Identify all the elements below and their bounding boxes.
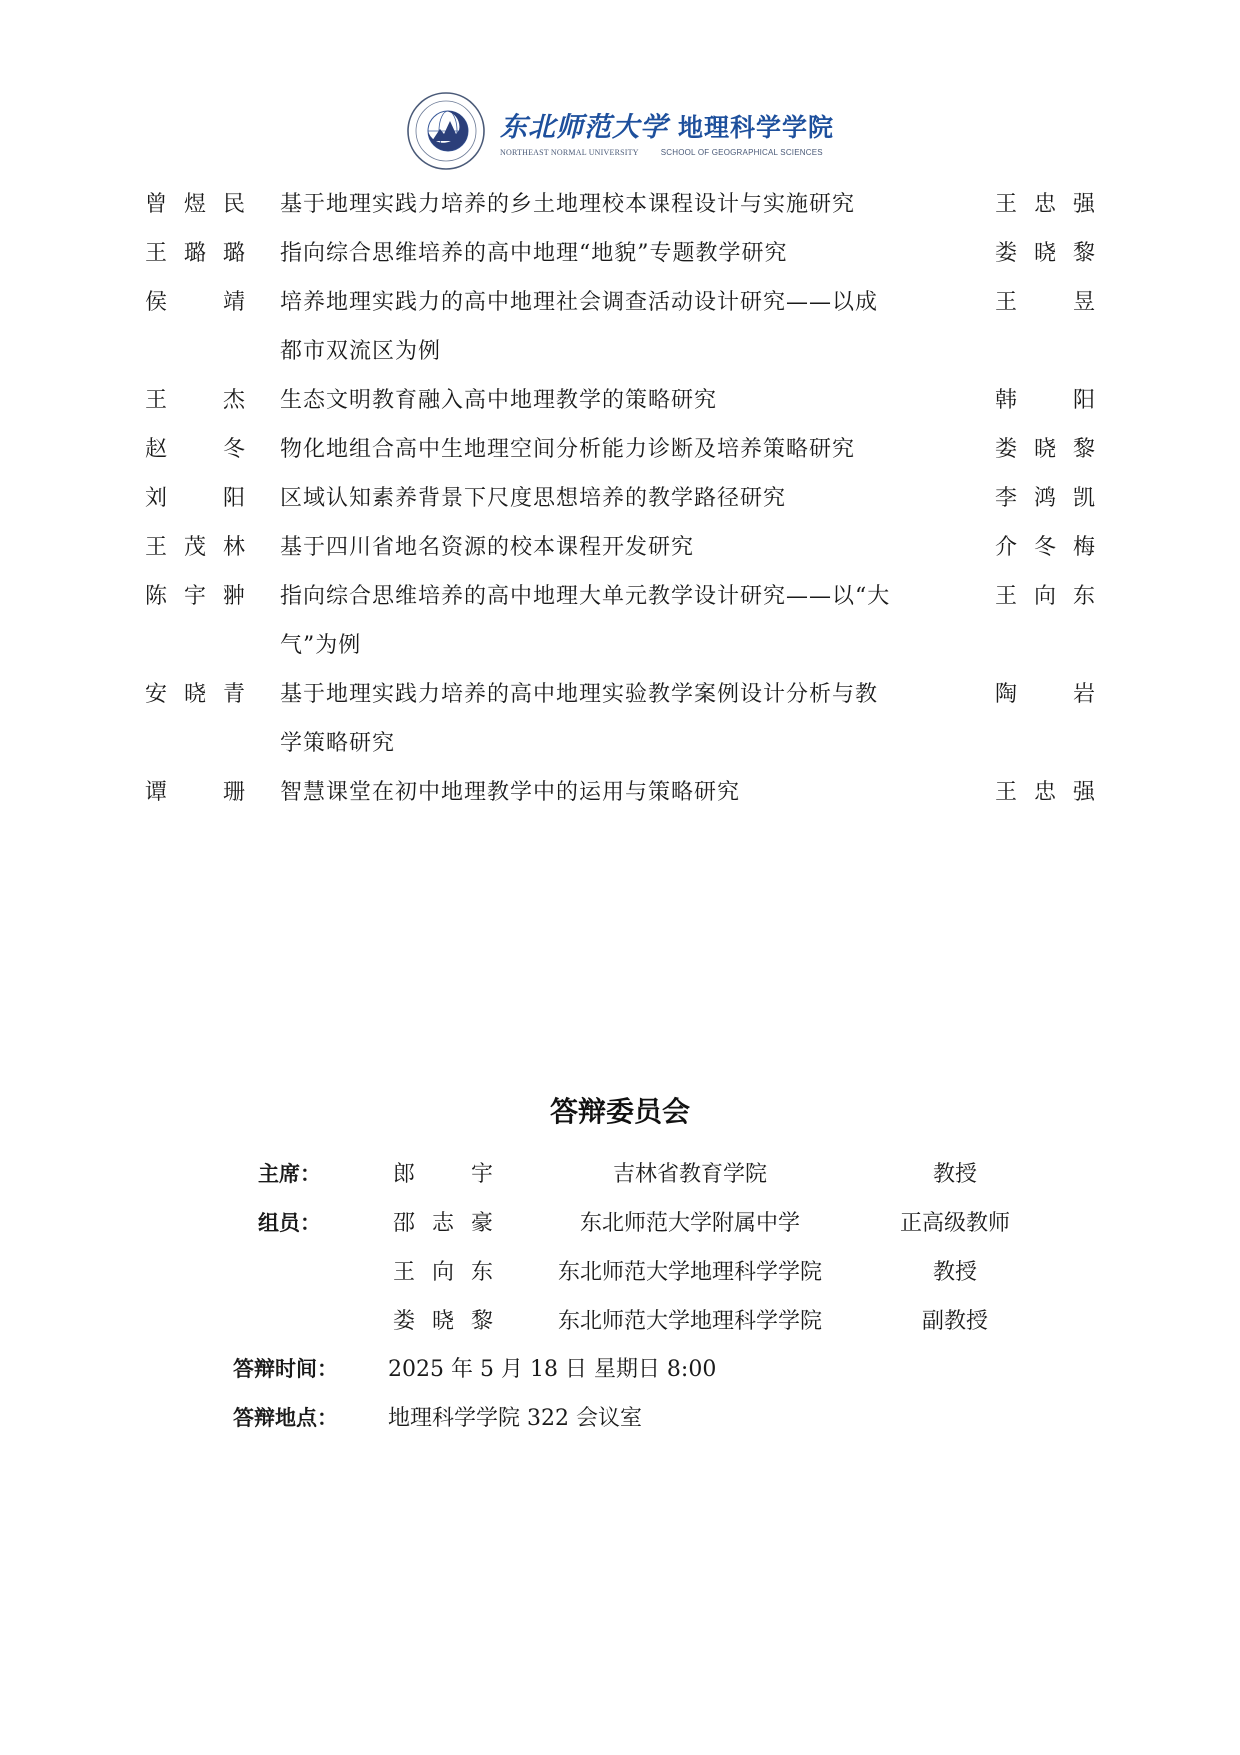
thesis-title: 物化地组合高中生地理空间分析能力诊断及培养策略研究: [280, 425, 960, 474]
student-name: 赵冬: [145, 425, 245, 474]
thesis-row: 刘阳区域认知素养背景下尺度思想培养的教学路径研究李鸿凯: [0, 474, 1240, 523]
thesis-title: 基于地理实践力培养的高中地理实验教学案例设计分析与教学策略研究: [280, 670, 960, 768]
defense-time-value: 2025 年 5 月 18 日 星期日 8:00: [388, 1345, 716, 1394]
thesis-row: 安晓青基于地理实践力培养的高中地理实验教学案例设计分析与教学策略研究陶岩: [0, 670, 1240, 768]
defense-time-row: 答辩时间： 2025 年 5 月 18 日 星期日 8:00: [0, 1345, 1240, 1394]
student-name: 王茂林: [145, 523, 245, 572]
student-name: 安晓青: [145, 670, 245, 719]
defense-place-row: 答辩地点： 地理科学学院 322 会议室: [0, 1394, 1240, 1443]
thesis-title: 基于地理实践力培养的乡土地理校本课程设计与实施研究: [280, 180, 960, 229]
student-name: 陈宇翀: [145, 572, 245, 621]
thesis-title: 生态文明教育融入高中地理教学的策略研究: [280, 376, 960, 425]
advisor-name: 王向东: [995, 572, 1095, 621]
committee-member-row: 娄晓黎东北师范大学地理科学学院副教授: [0, 1297, 1240, 1346]
university-seal-icon: [406, 91, 486, 171]
thesis-title: 基于四川省地名资源的校本课程开发研究: [280, 523, 960, 572]
committee-rank: 教授: [880, 1150, 1030, 1199]
committee-rank: 教授: [880, 1248, 1030, 1297]
thesis-title: 智慧课堂在初中地理教学中的运用与策略研究: [280, 768, 960, 817]
student-name: 王杰: [145, 376, 245, 425]
school-logo: 东北师范大学 地理科学学院 NORTHEAST NORMAL UNIVERSIT…: [406, 90, 836, 172]
thesis-row: 谭珊智慧课堂在初中地理教学中的运用与策略研究王忠强: [0, 768, 1240, 817]
committee-member-name: 郎宇: [393, 1150, 493, 1199]
committee-rank: 正高级教师: [880, 1199, 1030, 1248]
defense-place-label: 答辩地点：: [233, 1394, 338, 1443]
committee-member-row: 王向东东北师范大学地理科学学院教授: [0, 1248, 1240, 1297]
school-name-cn: 地理科学学院: [678, 108, 834, 144]
university-name-en: NORTHEAST NORMAL UNIVERSITY: [500, 148, 639, 157]
committee-role: 主席：: [258, 1150, 321, 1199]
committee-institution: 东北师范大学地理科学学院: [520, 1248, 860, 1297]
thesis-list: 曾煜民基于地理实践力培养的乡土地理校本课程设计与实施研究王忠强王璐璐指向综合思维…: [0, 180, 1240, 817]
committee-rank: 副教授: [880, 1297, 1030, 1346]
advisor-name: 娄晓黎: [995, 229, 1095, 278]
thesis-row: 赵冬物化地组合高中生地理空间分析能力诊断及培养策略研究娄晓黎: [0, 425, 1240, 474]
thesis-row: 陈宇翀指向综合思维培养的高中地理大单元教学设计研究——以“大气”为例王向东: [0, 572, 1240, 670]
student-name: 谭珊: [145, 768, 245, 817]
school-name-en: SCHOOL OF GEOGRAPHICAL SCIENCES: [661, 148, 823, 157]
thesis-row: 王璐璐指向综合思维培养的高中地理“地貌”专题教学研究娄晓黎: [0, 229, 1240, 278]
advisor-name: 王忠强: [995, 180, 1095, 229]
thesis-title: 指向综合思维培养的高中地理“地貌”专题教学研究: [280, 229, 960, 278]
committee-member-row: 主席：郎宇吉林省教育学院教授: [0, 1150, 1240, 1199]
thesis-title: 培养地理实践力的高中地理社会调查活动设计研究——以成都市双流区为例: [280, 278, 960, 376]
committee-member-name: 娄晓黎: [393, 1297, 493, 1346]
committee-list: 主席：郎宇吉林省教育学院教授组员：邵志豪东北师范大学附属中学正高级教师王向东东北…: [0, 1150, 1240, 1346]
student-name: 侯靖: [145, 278, 245, 327]
committee-institution: 吉林省教育学院: [520, 1150, 860, 1199]
advisor-name: 韩阳: [995, 376, 1095, 425]
defense-place-value: 地理科学学院 322 会议室: [388, 1394, 642, 1443]
thesis-row: 王杰生态文明教育融入高中地理教学的策略研究韩阳: [0, 376, 1240, 425]
committee-institution: 东北师范大学地理科学学院: [520, 1297, 860, 1346]
university-name-cn: 东北师范大学: [500, 105, 668, 144]
defense-info: 答辩时间： 2025 年 5 月 18 日 星期日 8:00 答辩地点： 地理科…: [0, 1345, 1240, 1443]
advisor-name: 娄晓黎: [995, 425, 1095, 474]
advisor-name: 王昱: [995, 278, 1095, 327]
committee-member-name: 王向东: [393, 1248, 493, 1297]
thesis-row: 侯靖培养地理实践力的高中地理社会调查活动设计研究——以成都市双流区为例王昱: [0, 278, 1240, 376]
committee-role: 组员：: [258, 1199, 321, 1248]
defense-time-label: 答辩时间：: [233, 1345, 338, 1394]
committee-institution: 东北师范大学附属中学: [520, 1199, 860, 1248]
committee-member-name: 邵志豪: [393, 1199, 493, 1248]
student-name: 曾煜民: [145, 180, 245, 229]
thesis-row: 王茂林基于四川省地名资源的校本课程开发研究介冬梅: [0, 523, 1240, 572]
advisor-name: 王忠强: [995, 768, 1095, 817]
student-name: 刘阳: [145, 474, 245, 523]
student-name: 王璐璐: [145, 229, 245, 278]
committee-title: 答辩委员会: [0, 1090, 1240, 1130]
thesis-title: 指向综合思维培养的高中地理大单元教学设计研究——以“大气”为例: [280, 572, 960, 670]
thesis-title: 区域认知素养背景下尺度思想培养的教学路径研究: [280, 474, 960, 523]
advisor-name: 介冬梅: [995, 523, 1095, 572]
advisor-name: 李鸿凯: [995, 474, 1095, 523]
thesis-row: 曾煜民基于地理实践力培养的乡土地理校本课程设计与实施研究王忠强: [0, 180, 1240, 229]
committee-member-row: 组员：邵志豪东北师范大学附属中学正高级教师: [0, 1199, 1240, 1248]
advisor-name: 陶岩: [995, 670, 1095, 719]
